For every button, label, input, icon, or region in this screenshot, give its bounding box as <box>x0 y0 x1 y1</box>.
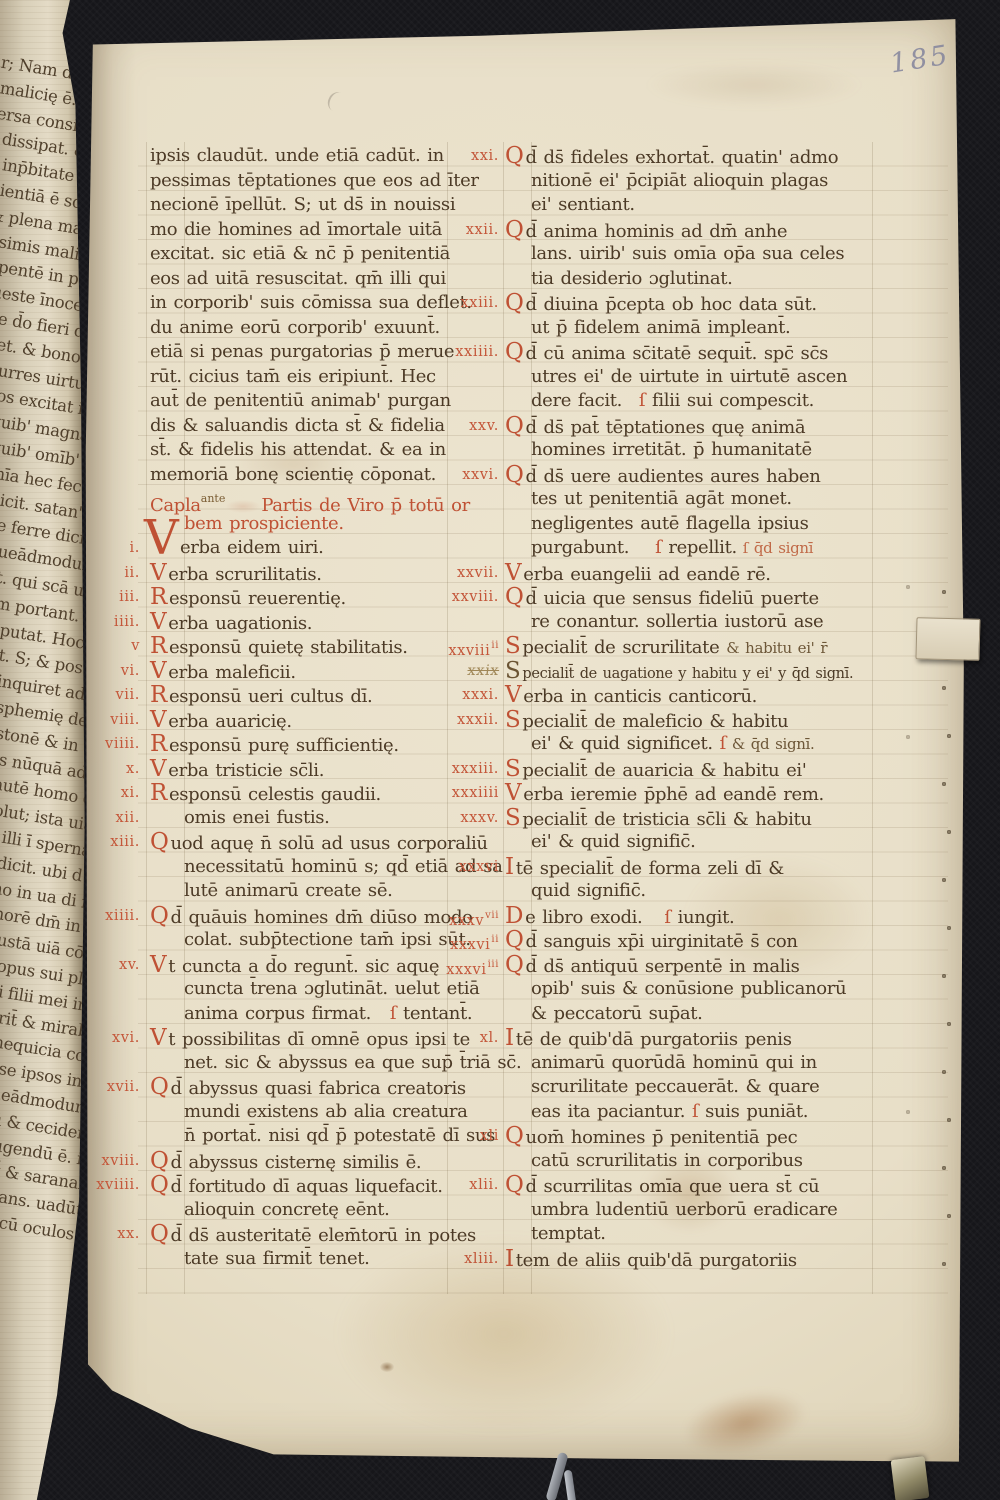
chapter-numeral: xxvii. <box>439 561 499 586</box>
left-column: ipsis claudūt. unde etiā cadūt. inpessim… <box>150 144 452 1271</box>
pricking-hole <box>942 686 946 690</box>
right-column: xxi.Qd̄ ds̄ fideles exhortat̄. quatin' a… <box>505 144 877 1271</box>
chapter-numeral: xvii. <box>92 1075 140 1100</box>
chapter-numeral: v <box>92 634 140 659</box>
text-line: x.Verba tristicie sc̄li. <box>150 757 452 782</box>
text-line: colat. subp̄tectione tam̄ ipsi sūt. <box>150 928 452 953</box>
text-line: tia desiderio ɔglutinat. <box>505 267 877 292</box>
text-line: xxi.Qd̄ ds̄ fideles exhortat̄. quatin' a… <box>505 144 877 169</box>
parchment-stain <box>644 62 864 108</box>
chapter-numeral: xxi. <box>439 144 499 169</box>
chapter-numeral: xxii. <box>439 218 499 243</box>
initial-letter: V <box>150 952 166 978</box>
text-line: xliii.Item de aliis quib'dā purgatoriis <box>505 1247 877 1272</box>
text-line: quid signific̄. <box>505 879 877 904</box>
text-line: nitionē ei' p̄cipiāt alioquin plagas <box>505 169 877 194</box>
pricking-hole <box>942 1070 946 1074</box>
text-line: ut p̄ fidelem animā impleant̄. <box>505 316 877 341</box>
initial-letter: V <box>505 682 521 708</box>
photo-backdrop: tur; Nam discordia mę malicię ē. & ubi e… <box>0 0 1000 1500</box>
text-line: xx.Qd̄ ds̄ austeritatē elem̄torū in pote… <box>150 1222 452 1247</box>
chapter-numeral: xxiiii. <box>439 340 499 365</box>
text-line: xxiii.Qd̄ diuina p̄cepta ob hoc data sūt… <box>505 291 877 316</box>
text-line: tate sua firmit̄ tenet. <box>150 1247 452 1272</box>
initial-letter: R <box>150 780 167 806</box>
text-line: xiiii.Qd̄ quāuis homines dm̄ diūso modo <box>150 904 452 929</box>
initial-letter: V <box>150 707 166 733</box>
parchment-tab <box>915 617 980 661</box>
text-line: xxii.Qd̄ anima hominis ad dm̄ anhe <box>505 218 877 243</box>
ink-fleck <box>380 1362 394 1372</box>
text-line: xxviiiiiSpecialit̄ de scrurilitate & hab… <box>505 634 877 659</box>
folio-number: 185 <box>888 39 953 79</box>
text-line: xxv.Qd̄ ds̄ pat̄ tēptationes quę animā <box>505 414 877 439</box>
text-line: net. sic & abyssus ea que sup̄ t̄riā sc̄… <box>150 1051 452 1076</box>
initial-letter: V <box>150 609 166 635</box>
text-line: xviii.Qd̄ abyssus cisternę similis ē. <box>150 1149 452 1174</box>
initial-letter: R <box>150 584 167 610</box>
initial-letter: Q <box>505 462 524 488</box>
initial-letter: V <box>144 514 178 562</box>
chapter-numeral: xxiii. <box>439 291 499 316</box>
text-line: viii.Verba auaricię. <box>150 708 452 733</box>
initial-letter: I <box>505 1246 514 1272</box>
text-line: xxiiii.Qd̄ cū anima sc̄itatē sequit̄. sp… <box>505 340 877 365</box>
initial-letter: Q <box>505 952 524 978</box>
pricking-hole <box>942 590 946 594</box>
text-line: lans. uirib' suis omīa op̄a sua celes <box>505 242 877 267</box>
pricking-hole <box>942 1166 946 1170</box>
text-line: CaplaantePartis de Viro p̄ totū or <box>150 487 452 512</box>
text-line: ipsis claudūt. unde etiā cadūt. in <box>150 144 452 169</box>
text-line: necessitatū hominū s; qd̄ etiā ad sa <box>150 855 452 880</box>
text-line: in corporib' suis cōmissa sua deflet. <box>150 291 452 316</box>
text-line: temptat. <box>505 1222 877 1247</box>
chapter-numeral: xl. <box>439 1026 499 1051</box>
chapter-numeral: x. <box>92 757 140 782</box>
text-line: xxxi.Verba in canticis canticorū. <box>505 683 877 708</box>
chapter-numeral: xxxiiii <box>439 781 499 806</box>
text-line: negligentes autē flagella ipsius <box>505 512 877 537</box>
pricking-hole <box>947 830 951 834</box>
text-line: catū scrurilitatis in corporibus <box>505 1149 877 1174</box>
text-line: aut̄ de penitentiū animab' purgan <box>150 389 452 414</box>
initial-letter: Q <box>505 413 524 439</box>
numeral-correction: ii <box>491 934 499 945</box>
initial-letter: V <box>150 756 166 782</box>
text-line: eas ita paciantur. ſ suis puniāt. <box>505 1100 877 1125</box>
text-line: n̄ portat̄. nisi qd̄ p̄ potestatē dī sus <box>150 1124 452 1149</box>
pricking-hole <box>947 734 951 738</box>
text-line: eos ad uitā resuscitat. qm̄ illi qui <box>150 267 452 292</box>
chapter-numeral: xviiii. <box>92 1173 140 1198</box>
text-line: xxixSpecialit̄ de uagatione y habitu y e… <box>505 659 877 684</box>
text-line: memoriā bonę scientię cōponat. <box>150 463 452 488</box>
chapter-numeral: ii. <box>92 561 140 586</box>
initial-letter: S <box>505 756 520 782</box>
initial-letter: Q <box>150 903 169 929</box>
chapter-numeral: xiii. <box>92 830 140 855</box>
text-line: xxvi.Qd̄ ds̄ uere audientes aures haben <box>505 463 877 488</box>
chapter-numeral: xxxv. <box>439 806 499 831</box>
text-line: xl.Itē de quib'dā purgatoriis penis <box>505 1026 877 1051</box>
chapter-numeral: xx. <box>92 1222 140 1247</box>
text-line: xxxii.Specialit̄ de maleficio & habitu <box>505 708 877 733</box>
text-line: rūt. cicius tam̄ eis eripiunt̄. Hec <box>150 365 452 390</box>
text-line: xviiii.Qd̄ fortitudo dī aquas liquefacit… <box>150 1173 452 1198</box>
initial-letter: I <box>505 854 514 880</box>
initial-letter: R <box>150 633 167 659</box>
text-line: etiā si penas purgatorias p̄ merue <box>150 340 452 365</box>
chapter-numeral: xxxiii. <box>439 757 499 782</box>
initial-letter: V <box>505 780 521 806</box>
text-line: xvi.Vt possibilitas dī omnē opus ipsi te <box>150 1026 452 1051</box>
pricking-hole <box>942 974 946 978</box>
initial-letter: Q <box>505 927 524 953</box>
chapter-numeral: vi. <box>92 659 140 684</box>
text-line: re conantur. sollertia iustorū ase <box>505 610 877 635</box>
chapter-numeral: xxxii. <box>439 708 499 733</box>
text-line: viiii.Responsū purę sufficientię. <box>150 732 452 757</box>
chapter-numeral: xii. <box>92 806 140 831</box>
text-line: necionē īpellūt. S; ut ds̄ in nouissi <box>150 193 452 218</box>
text-line: vResponsū quietę stabilitatis. <box>150 634 452 659</box>
text-line: homines irretitāt. p̄ humanitatē <box>505 438 877 463</box>
initial-letter: S <box>505 658 520 684</box>
pricking-hole <box>942 782 946 786</box>
text-line: xi.Responsū celestis gaudii. <box>150 781 452 806</box>
chapter-numeral: xxviii. <box>439 585 499 610</box>
binding-clasp <box>891 1456 930 1500</box>
chapter-numeral: xliii. <box>439 1247 499 1272</box>
initial-letter: V <box>505 560 521 586</box>
initial-letter: S <box>505 633 520 659</box>
text-line: xxxiii.Specialit̄ de auaricia & habitu e… <box>505 757 877 782</box>
initial-letter: R <box>150 682 167 708</box>
ruling-vertical-line <box>146 142 147 1294</box>
chapter-numeral: xvi. <box>92 1026 140 1051</box>
chapter-numeral: xv. <box>92 953 140 978</box>
initial-letter: Q <box>505 339 524 365</box>
initial-letter: S <box>505 707 520 733</box>
chapter-numeral: xi. <box>92 781 140 806</box>
initial-letter: Q <box>505 1172 524 1198</box>
text-line: alioquin concretę eēnt. <box>150 1198 452 1223</box>
text-line: pessimas tēptationes que eos ad īter <box>150 169 452 194</box>
text-line: dis & saluandis dicta st̄ & fidelia <box>150 414 452 439</box>
initial-letter: Q <box>505 1123 524 1149</box>
chapter-numeral: xiiii. <box>92 904 140 929</box>
text-line: vi.Verba maleficii. <box>150 659 452 684</box>
text-line: umbra ludentiū uerborū eradicare <box>505 1198 877 1223</box>
text-line: iii.Responsū reuerentię. <box>150 585 452 610</box>
chapter-numeral: xxv. <box>439 414 499 439</box>
text-line: ei' & quid signific̄. <box>505 830 877 855</box>
numeral-correction: vii <box>485 910 499 921</box>
text-line: mo die homines ad īmortale uitā <box>150 218 452 243</box>
initial-letter: D <box>505 903 523 929</box>
parchment-stain <box>675 1379 815 1467</box>
initial-letter: Q <box>505 143 524 169</box>
chapter-numeral: xxxi. <box>439 683 499 708</box>
text-line: xlii.Qd̄ scurrilitas omīa que uera st̄ c… <box>505 1173 877 1198</box>
initial-letter: V <box>150 1025 166 1051</box>
text-line: mundi existens ab alia creatura <box>150 1100 452 1125</box>
chapter-numeral: iii. <box>92 585 140 610</box>
pricking-hole <box>906 735 910 739</box>
initial-letter: Q <box>150 1074 169 1100</box>
initial-letter: Q <box>505 217 524 243</box>
text-line: xvii.Qd̄ abyssus quasi fabrica creatoris <box>150 1075 452 1100</box>
pricking-hole <box>947 1022 951 1026</box>
text-line: xliQuom̄ homines p̄ penitentiā pec <box>505 1124 877 1149</box>
text-line: xii.omis enei fustis. <box>150 806 452 831</box>
text-line: xxviii.Qd̄ uicia que sensus fideliū puer… <box>505 585 877 610</box>
chapter-numeral: xxxvi <box>439 855 499 880</box>
initial-letter: Q <box>150 1221 169 1247</box>
text-line: utres ei' de uirtute in uirtutē ascen <box>505 365 877 390</box>
pricking-hole <box>942 878 946 882</box>
pricking-hole <box>947 1118 951 1122</box>
chapter-numeral: iiii. <box>92 610 140 635</box>
initial-letter: I <box>505 1025 514 1051</box>
page-weight-chain <box>564 1470 577 1500</box>
chapter-numeral: xxix <box>437 659 500 684</box>
initial-letter: Q <box>505 290 524 316</box>
initial-letter: Q <box>150 1172 169 1198</box>
pricking-hole <box>947 1214 951 1218</box>
text-line: vii.Responsū ueri cultus dī. <box>150 683 452 708</box>
pricking-hole <box>906 585 910 589</box>
pricking-hole <box>906 1110 910 1114</box>
initial-letter: Q <box>505 584 524 610</box>
text-line: purgabunt.ſ repellit. ſ q̄d signī <box>505 536 877 561</box>
text-line: xiii.Quod aquę n̄ solū ad usus corporali… <box>150 830 452 855</box>
text-line: xv.Vt cuncta a d̄o regunt̄. sic aquę <box>150 953 452 978</box>
text-line: ei' sentiant. <box>505 193 877 218</box>
initial-letter: R <box>150 731 167 757</box>
text-line: ii.Verba scrurilitatis. <box>150 561 452 586</box>
initial-letter: V <box>150 560 166 586</box>
text-line: scrurilitate peccauerāt. & quare <box>505 1075 877 1100</box>
chapter-numeral: vii. <box>92 683 140 708</box>
chapter-numeral: xli <box>439 1124 499 1149</box>
chapter-numeral: viiii. <box>92 732 140 757</box>
text-line: opib' suis & conūsione publicanorū <box>505 977 877 1002</box>
initial-letter: Q <box>150 829 169 855</box>
pricking-hole <box>942 1262 946 1266</box>
chapter-numeral: xxvi. <box>439 463 499 488</box>
text-line: xxxiiiiVerba ieremie p̄phē ad eandē rem. <box>505 781 877 806</box>
text-line: xxxviiiQd̄ sanguis xp̄i uirginitatē s̄ c… <box>505 928 877 953</box>
facing-page-edge: tur; Nam discordia mę malicię ē. & ubi e… <box>0 0 92 1500</box>
numeral-correction: ii <box>491 640 499 651</box>
text-line: xxxv.Specialit̄ de tristicia sc̄li & hab… <box>505 806 877 831</box>
initial-letter: Q <box>150 1148 169 1174</box>
text-line: xxxviItē specialit̄ de forma zeli dī & <box>505 855 877 880</box>
ruling-vertical-line <box>503 142 504 1294</box>
text-line: excitat. sic etiā & nc̄ p̄ penitentiā <box>150 242 452 267</box>
text-line: ei' & quid significet. ſ & q̄d signī. <box>505 732 877 757</box>
text-line: iiii.Verba uagationis. <box>150 610 452 635</box>
text-line: xxxvviiDe libro exodi.ſ iungit. <box>505 904 877 929</box>
chapter-numeral: xxxviiii <box>439 953 499 983</box>
text-line: cuncta t̄rena ɔglutināt. uelut etiā <box>150 977 452 1002</box>
text-line: st̄. & fidelis his attendat. & ea in <box>150 438 452 463</box>
chapter-numeral: xviii. <box>92 1149 140 1174</box>
initial-letter: S <box>505 805 520 831</box>
pencil-mark <box>325 89 350 115</box>
text-line: du anime eorū corporib' exuunt̄. <box>150 316 452 341</box>
text-line: lutē animarū create sē. <box>150 879 452 904</box>
text-line: bem prospiciente. <box>150 512 452 537</box>
chapter-numeral: viii. <box>92 708 140 733</box>
pricking-hole <box>947 926 951 930</box>
text-line: xxxviiiiQd̄ ds̄ antiquū serpentē in mali… <box>505 953 877 978</box>
text-line: animarū quorūdā hominū qui in <box>505 1051 877 1076</box>
text-line: xxvii.Verba euangelii ad eandē rē. <box>505 561 877 586</box>
text-line: & peccatorū sup̄at. <box>505 1002 877 1027</box>
text-line: tes ut penitentiā agāt monet. <box>505 487 877 512</box>
initial-letter: V <box>150 658 166 684</box>
numeral-correction: iii <box>488 959 499 970</box>
chapter-numeral: i. <box>92 536 140 561</box>
text-line: anima corpus firmat. ſ tentant̄. <box>150 1002 452 1027</box>
manuscript-page: 185 ipsis claudūt. unde etiā cadūt. inpe… <box>84 14 966 1466</box>
text-line: dere facit. ſ filii sui compescit. <box>505 389 877 414</box>
chapter-numeral: xlii. <box>439 1173 499 1198</box>
text-line: i.Verba eidem uiri. <box>150 536 452 561</box>
